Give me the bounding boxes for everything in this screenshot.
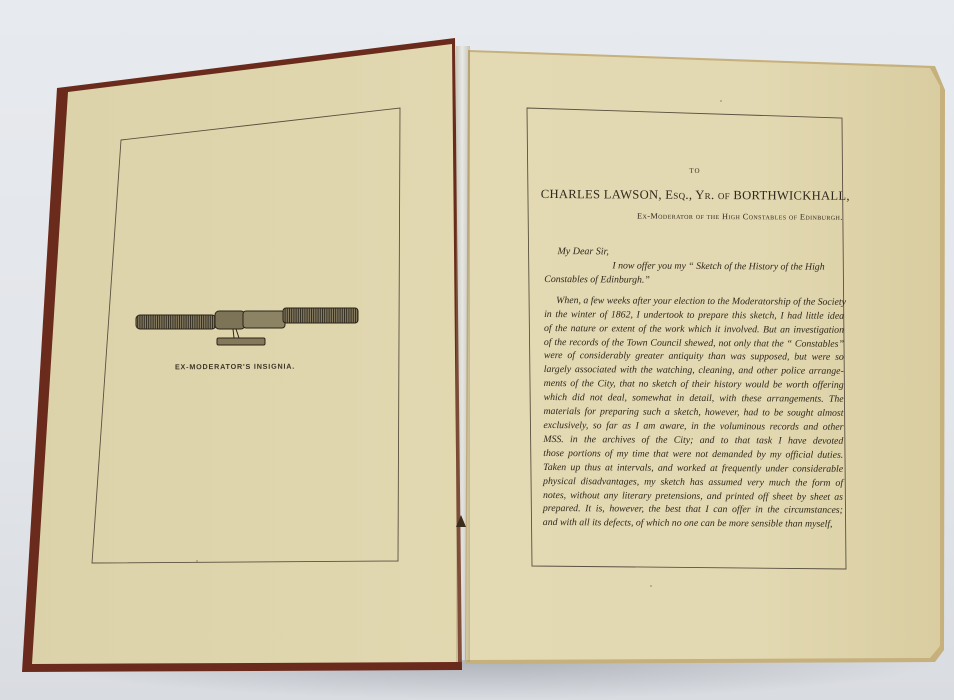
text-line: those portions of my time that were not …: [543, 447, 843, 463]
dedication-to: TO: [545, 166, 845, 176]
text-line: in the winter of 1862, I undertook to pr…: [544, 308, 844, 324]
paper-spot: [720, 100, 722, 102]
paper-spot: [650, 585, 652, 587]
text-line: and with all its defects, of which no on…: [543, 516, 843, 532]
dedicatee-subtitle: Ex-Moderator of the High Constables of E…: [545, 211, 843, 222]
text-line: Constables of Edinburgh.”: [544, 273, 844, 289]
dedicatee-estate: BORTHWICKHALL,: [733, 188, 850, 203]
page-tear-mark: [456, 515, 466, 527]
text-line: MSS. in the archives of the City; and to…: [543, 433, 843, 449]
dedicatee-name: CHARLES LAWSON, Esq., Yr. of BORTHWICKHA…: [541, 187, 845, 204]
text-line: When, a few weeks after your election to…: [544, 294, 844, 310]
paragraph-2: When, a few weeks after your election to…: [543, 294, 844, 532]
paper-spot: [196, 560, 198, 562]
insignia-caption: EX-MODERATOR'S INSIGNIA.: [160, 362, 310, 372]
salutation: My Dear Sir,: [557, 245, 844, 260]
paragraph-1: I now offer you my “ Sketch of the Histo…: [544, 259, 844, 289]
dedicatee-title: Esq., Yr. of: [665, 188, 733, 202]
insignia-illustration: [135, 302, 359, 348]
text-line: physical disadvantages, my sketch has as…: [543, 475, 843, 491]
text-line: Taken up thus at intervals, and worked a…: [543, 461, 843, 477]
dedicatee-name-main: CHARLES LAWSON,: [541, 187, 666, 202]
dedication-text: TO CHARLES LAWSON, Esq., Yr. of BORTHWIC…: [543, 166, 845, 532]
text-line: of the nature or extent of the work whic…: [544, 322, 844, 338]
